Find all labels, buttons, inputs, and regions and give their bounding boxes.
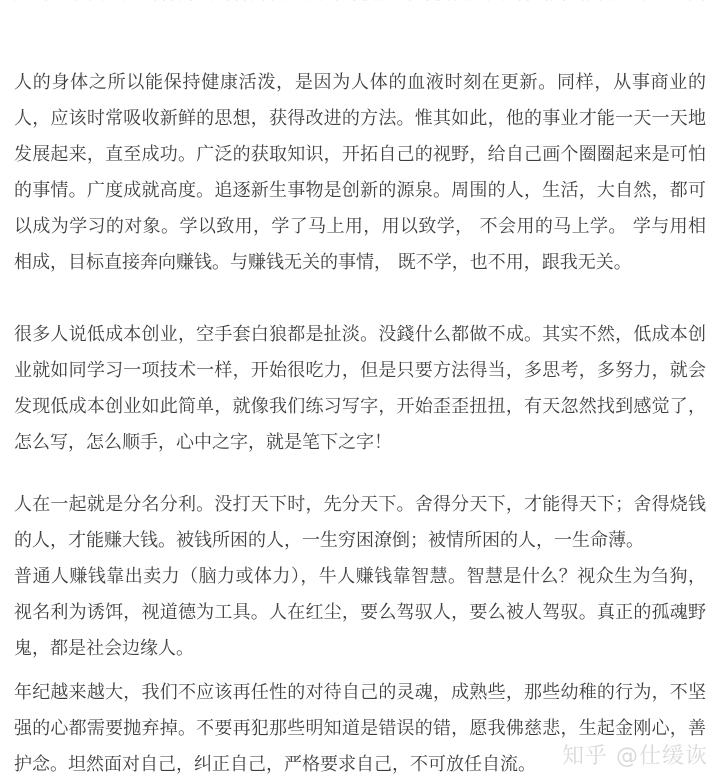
text-paragraph: 人在一起就是分名分利。没打天下时，先分天下。舍得分天下，才能得天下；舍得烧钱的人… (14, 487, 706, 667)
clipped-text-line-top-text: 人的思维决定人的行为人的行为决定人的习惯人的习惯决定人的性格性格决定命运走向 (14, 0, 706, 7)
text-paragraph: 人的身体之所以能保持健康活泼，是因为人体的血液时刻在更新。同样，从事商业的人，应… (14, 65, 706, 281)
text-line: 人的身体之所以能保持健康活泼，是因为人体的血液时刻在更新。同样，从事商业的 (14, 65, 706, 101)
text-paragraph: 很多人说低成本创业，空手套白狼都是扯淡。没錢什么都做不成。其实不然，低成本创业就… (14, 317, 706, 461)
article: 人的身体之所以能保持健康活泼，是因为人体的血液时刻在更新。同样，从事商业的人，应… (0, 7, 720, 783)
text-line: 普通人赚钱靠出卖力（脑力或体力），牛人赚钱靠智慧。智慧是什么？视众生为刍狗， (14, 559, 706, 595)
text-line: 业就如同学习一项技术一样，开始很吃力，但是只要方法得当，多思考，多努力，就会 (14, 353, 706, 389)
text-line: 的事情。广度成就高度。追逐新生事物是创新的源泉。周围的人，生活，大自然，都可 (14, 173, 706, 209)
clipped-text-line-top: 人的思维决定人的行为人的行为决定人的习惯人的习惯决定人的性格性格决定命运走向 (0, 0, 720, 7)
text-line: 很多人说低成本创业，空手套白狼都是扯淡。没錢什么都做不成。其实不然，低成本创 (14, 317, 706, 353)
text-line: 人，应该时常吸收新鲜的思想，获得改进的方法。惟其如此，他的事业才能一天一天地 (14, 101, 706, 137)
text-line: 人在一起就是分名分利。没打天下时，先分天下。舍得分天下，才能得天下；舍得烧钱 (14, 487, 706, 523)
text-line: 发现低成本创业如此简单，就像我们练习写字，开始歪歪扭扭，有天忽然找到感觉了， (14, 389, 706, 425)
text-line: 相成，目标直接奔向赚钱。与赚钱无关的事情， 既不学，也不用，跟我无关。 (14, 245, 706, 281)
text-line: 怎么写，怎么顺手，心中之字，就是笔下之字！ (14, 425, 706, 461)
text-line: 以成为学习的对象。学以致用，学了马上用，用以致学， 不会用的马上学。 学与用相辅 (14, 209, 706, 245)
watermark: 知乎 @仕缓诙 (562, 739, 708, 770)
text-line: 的人，才能赚大钱。被钱所困的人，一生穷困潦倒；被情所困的人，一生命薄。 (14, 523, 706, 559)
text-line: 视名利为诱饵，视道德为工具。人在红尘，要么驾驭人，要么被人驾驭。真正的孤魂野 (14, 595, 706, 631)
text-line: 年纪越来越大，我们不应该再任性的对待自己的灵魂，成熟些，那些幼稚的行为，不坚 (14, 675, 706, 711)
text-line: 发展起来，直至成功。广泛的获取知识，开拓自己的视野，给自己画个圈圈起来是可怕 (14, 137, 706, 173)
text-line: 鬼，都是社会边缘人。 (14, 631, 706, 667)
